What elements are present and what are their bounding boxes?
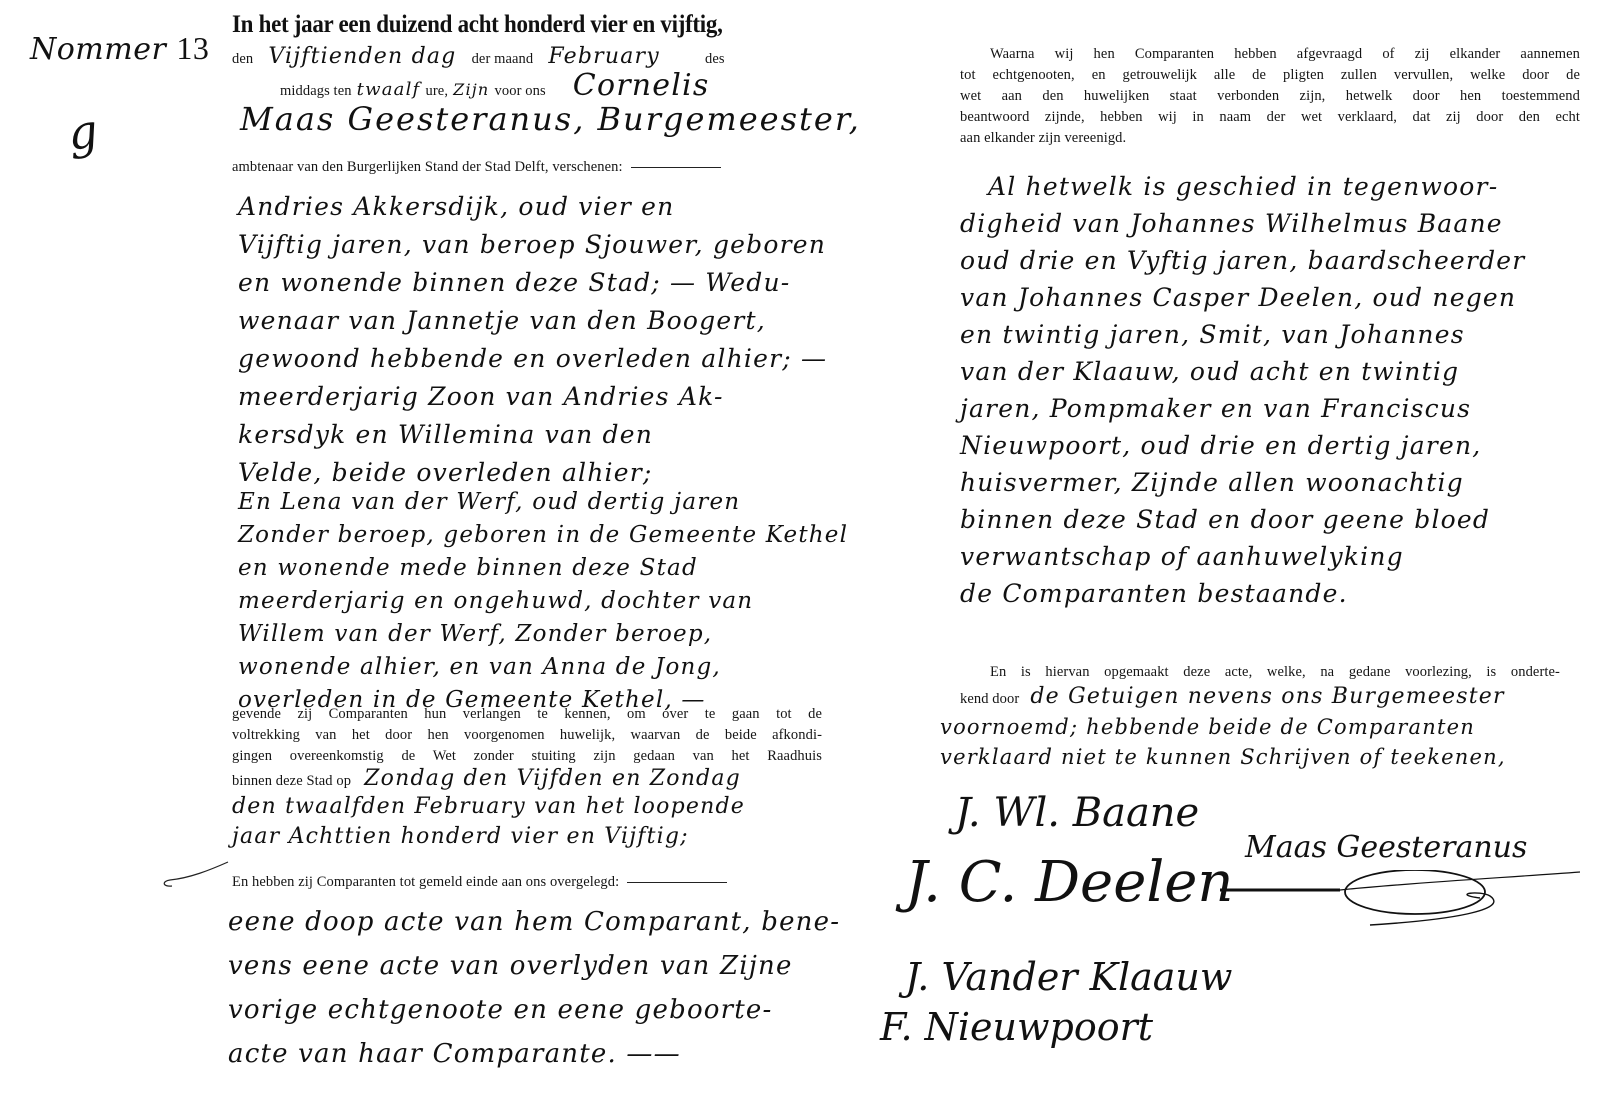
des-label: des [705, 51, 725, 67]
witness-line: van Johannes Casper Deelen, oud negen [960, 279, 1600, 316]
signature-baane: J. Wl. Baane [955, 790, 1199, 836]
printed-line: voltrekking van het door hen voorgenomen… [232, 725, 822, 746]
groom-line: gewoond hebbende en overleden alhier; — [238, 340, 858, 378]
groom-block: Andries Akkersdijk, oud vier en Vijftig … [238, 188, 858, 492]
margin-mark: g [64, 103, 101, 161]
witness-line: van der Klaauw, oud acht en twintig [960, 353, 1600, 390]
intro-line-2: middags ten twaalf ure, Zijn voor ons Co… [280, 68, 820, 103]
waarna-paragraph: Waarna wij hen Comparanten hebben afgevr… [960, 44, 1580, 149]
groom-line: wenaar van Jannetje van den Boogert, [238, 302, 858, 340]
groom-line: Andries Akkersdijk, oud vier en [238, 188, 858, 226]
record-number-note: Nommer13 [30, 30, 209, 67]
proclamation-hand: Zondag den Vijfden en Zondag [364, 766, 741, 791]
signature-klaauw: J. Vander Klaauw [905, 955, 1232, 999]
bride-line: Zonder beroep, geboren in de Gemeente Ke… [238, 519, 858, 552]
documents-line: acte van haar Comparante. —— [228, 1032, 858, 1076]
signature-mayor: Maas Geesteranus [1245, 830, 1527, 865]
middags-label: middags ten [280, 83, 352, 99]
groom-line: kersdyk en Willemina van den [238, 416, 858, 454]
documents-line: vens eene acte van overlyden van Zijne [228, 944, 858, 988]
closing-paragraph: En is hiervan opgemaakt deze acte, welke… [960, 662, 1560, 683]
bride-line: wonende alhier, en van Anna de Jong, [238, 651, 858, 684]
documents-block: eene doop acte van hem Comparant, bene- … [228, 900, 858, 1076]
ure-label: ure, [426, 83, 449, 99]
witness-block: Al hetwelk is geschied in tegenwoor- dig… [960, 168, 1600, 612]
bride-line: En Lena van der Werf, oud dertig jaren [238, 486, 858, 519]
official-first-name: Cornelis [573, 68, 710, 103]
closing-hand-line: voornoemd; hebbende beide de Comparanten [940, 712, 1580, 742]
bride-line: meerderjarig en ongehuwd, dochter van [238, 585, 858, 618]
kend-door-label: kend door [960, 691, 1019, 707]
witness-line: huisvermer, Zijnde allen woonachtig [960, 464, 1600, 501]
witness-line: binnen deze Stad en door geene bloed [960, 501, 1600, 538]
ambtenaar-line: ambtenaar van den Burgerlijken Stand der… [232, 157, 721, 178]
documents-line: eene doop acte van hem Comparant, bene- [228, 900, 858, 944]
printed-line: wet aan den huwelijken staat verbonden z… [960, 86, 1580, 107]
bride-line: Willem van der Werf, Zonder beroep, [238, 618, 858, 651]
groom-line: Vijftig jaren, van beroep Sjouwer, gebor… [238, 226, 858, 264]
right-page: Waarna wij hen Comparanten hebben afgevr… [900, 0, 1600, 1100]
document-heading: In het jaar een duizend acht honderd vie… [232, 10, 723, 39]
fill-line [631, 167, 721, 168]
printed-line: gingen overeenkomstig de Wet zonder stui… [232, 746, 822, 767]
proclamation-line: den twaalfden February van het loopende [232, 792, 852, 822]
printed-line: En is hiervan opgemaakt deze acte, welke… [960, 662, 1560, 683]
witness-line: digheid van Johannes Wilhelmus Baane [960, 205, 1600, 242]
month-label: der maand [472, 51, 534, 67]
proclamation-line-1: binnen deze Stad op Zondag den Vijfden e… [232, 766, 852, 792]
closing-hand-block: voornoemd; hebbende beide de Comparanten… [940, 712, 1580, 772]
record-number: 13 [176, 30, 209, 66]
witness-line: de Comparanten bestaande. [960, 575, 1600, 612]
hour-handwritten: twaalf [357, 79, 421, 100]
gevende-paragraph: gevende zij Comparanten hun verlangen te… [232, 704, 822, 767]
binnen-label: binnen deze Stad op [232, 773, 351, 789]
closing-hand: de Getuigen nevens ons Burgemeester [1030, 684, 1504, 709]
official-name-handwritten: Maas Geesteranus, Burgemeester, [240, 100, 861, 138]
left-page: Nommer13 g In het jaar een duizend acht … [0, 0, 880, 1100]
documents-line: vorige echtgenoote en eene geboorte- [228, 988, 858, 1032]
printed-line: beantwoord zijnde, hebben wij in naam de… [960, 107, 1580, 128]
witness-line: oud drie en Vyftig jaren, baardscheerder [960, 242, 1600, 279]
printed-line: tot echtgenooten, en getrouwelijk alle d… [960, 65, 1580, 86]
witness-line: jaren, Pompmaker en van Franciscus [960, 390, 1600, 427]
printed-line: aan elkander zijn vereenigd. [960, 128, 1580, 149]
day-handwritten: Vijftienden dag [268, 44, 456, 69]
closing-line-2: kend door de Getuigen nevens ons Burgeme… [960, 684, 1505, 710]
signature-deelen: J. C. Deelen [905, 850, 1233, 915]
zijn-handwritten: Zijn [453, 80, 489, 99]
den-label: den [232, 51, 253, 67]
witness-line: Nieuwpoort, oud drie en dertig jaren, [960, 427, 1600, 464]
nommer-label: Nommer [30, 32, 166, 67]
groom-line: en wonende binnen deze Stad; — Wedu- [238, 264, 858, 302]
signature-flourish-icon [1220, 870, 1600, 930]
voor-ons-label: voor ons [495, 83, 546, 99]
witness-line: en twintig jaren, Smit, van Johannes [960, 316, 1600, 353]
bride-line: en wonende mede binnen deze Stad [238, 552, 858, 585]
printed-line: gevende zij Comparanten hun verlangen te… [232, 704, 822, 725]
intro-line-1: den Vijftienden dag der maand February d… [232, 44, 792, 70]
bride-block: En Lena van der Werf, oud dertig jaren Z… [238, 486, 858, 717]
witness-line: Al hetwelk is geschied in tegenwoor- [960, 168, 1600, 205]
fill-line [627, 882, 727, 883]
proclamation-block: den twaalfden February van het loopende … [232, 792, 852, 852]
witness-line: verwantschap of aanhuwelyking [960, 538, 1600, 575]
month-handwritten: February [548, 44, 660, 69]
proclamation-line: jaar Achttien honderd vier en Vijftig; [232, 822, 852, 852]
printed-line: Waarna wij hen Comparanten hebben afgevr… [960, 44, 1580, 65]
overgelegd-line: En hebben zij Comparanten tot gemeld ein… [232, 872, 727, 893]
margin-flourish-icon [160, 860, 230, 890]
groom-line: meerderjarig Zoon van Andries Ak- [238, 378, 858, 416]
signature-nieuwpoort: F. Nieuwpoort [880, 1005, 1153, 1049]
closing-hand-line: verklaard niet te kunnen Schrijven of te… [940, 742, 1580, 772]
